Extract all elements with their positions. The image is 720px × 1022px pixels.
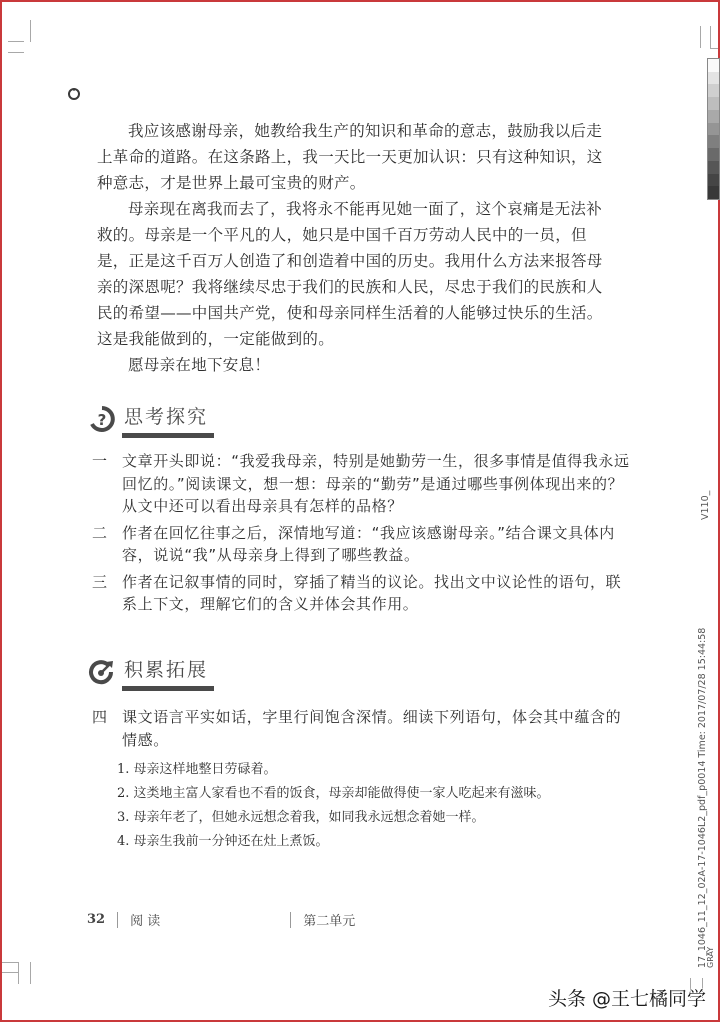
question-text: 课文语言平实如话，字里行间饱含深情。细读下列语句，体会其中蕴含的情感。 — [122, 706, 632, 751]
watermark: 头条 @王七橘同学 — [548, 984, 706, 1011]
crop-mark — [710, 26, 711, 48]
footer-unit: 第二单元 — [303, 910, 355, 929]
svg-text:?: ? — [98, 411, 107, 429]
paragraph: 我应该感谢母亲，她教给我生产的知识和革命的意志，鼓励我以后走上革命的道路。在这条… — [97, 118, 617, 196]
sentence-item: 3. 母亲年老了，但她永远想念着我，如同我永远想念着她一样。 — [117, 806, 617, 830]
smiley-icon: ˘ — [68, 88, 80, 100]
question-item: 四 课文语言平实如话，字里行间饱含深情。细读下列语句，体会其中蕴含的情感。 — [92, 706, 632, 751]
crop-mark — [8, 41, 24, 42]
crop-mark — [700, 26, 701, 48]
divider — [117, 912, 118, 928]
sentence-item: 4. 母亲生我前一分钟还在灶上煮饭。 — [117, 830, 617, 854]
question-number: 四 — [92, 706, 122, 751]
side-code: V110_ — [700, 491, 711, 520]
sentence-item: 2. 这类地主富人家看也不看的饭食，母亲却能做得使一家人吃起来有滋味。 — [117, 782, 617, 806]
main-text: 我应该感谢母亲，她教给我生产的知识和革命的意志，鼓励我以后走上革命的道路。在这条… — [97, 118, 617, 378]
crop-mark — [18, 962, 19, 984]
divider — [290, 912, 291, 928]
question-text: 作者在回忆往事之后，深情地写道：“我应该感谢母亲。”结合课文具体内容，说说“我”… — [122, 522, 632, 567]
question-number: 二 — [92, 522, 122, 567]
page-footer: 32 阅 读 第二单元 — [87, 910, 355, 929]
question-number: 三 — [92, 571, 122, 616]
page-number: 32 — [87, 912, 105, 927]
question-circle-icon: ? — [88, 405, 116, 433]
question-item: 一 文章开头即说：“我爱我母亲，特别是她勤劳一生，很多事情是值得我永远回忆的。”… — [92, 450, 632, 518]
paragraph: 愿母亲在地下安息！ — [97, 352, 617, 378]
gray-scale-bar — [707, 58, 720, 200]
section-header-extension: 积累拓展 — [88, 655, 208, 688]
expand-arrow-circle-icon — [88, 658, 116, 686]
question-text: 文章开头即说：“我爱我母亲，特别是她勤劳一生，很多事情是值得我永远回忆的。”阅读… — [122, 450, 632, 518]
side-file-info: 17_1046_11_12_02A-17-1046L2_pdf_p0014 Ti… — [697, 628, 708, 968]
question-item: 二 作者在回忆往事之后，深情地写道：“我应该感谢母亲。”结合课文具体内容，说说“… — [92, 522, 632, 567]
question-text: 作者在记叙事情的同时，穿插了精当的议论。找出文中议论性的语句，联系上下文，理解它… — [122, 571, 632, 616]
crop-mark — [8, 52, 24, 53]
question-list: 四 课文语言平实如话，字里行间饱含深情。细读下列语句，体会其中蕴含的情感。 — [92, 706, 632, 755]
crop-mark — [30, 20, 31, 42]
crop-mark — [30, 962, 31, 984]
crop-mark — [710, 48, 718, 49]
section-header-thinking: ? 思考探究 — [88, 402, 208, 435]
question-item: 三 作者在记叙事情的同时，穿插了精当的议论。找出文中议论性的语句，联系上下文，理… — [92, 571, 632, 616]
crop-mark — [2, 962, 18, 963]
section-title: 积累拓展 — [124, 655, 208, 688]
crop-mark — [2, 972, 18, 973]
section-title: 思考探究 — [124, 402, 208, 435]
question-list: 一 文章开头即说：“我爱我母亲，特别是她勤劳一生，很多事情是值得我永远回忆的。”… — [92, 450, 632, 620]
sentence-list: 1. 母亲这样地整日劳碌着。 2. 这类地主富人家看也不看的饭食，母亲却能做得使… — [117, 758, 617, 854]
sentence-item: 1. 母亲这样地整日劳碌着。 — [117, 758, 617, 782]
question-number: 一 — [92, 450, 122, 518]
paragraph: 母亲现在离我而去了，我将永不能再见她一面了，这个哀痛是无法补救的。母亲是一个平凡… — [97, 196, 617, 352]
side-gray-label: GRAY — [706, 947, 715, 968]
footer-section: 阅 读 — [130, 910, 160, 929]
